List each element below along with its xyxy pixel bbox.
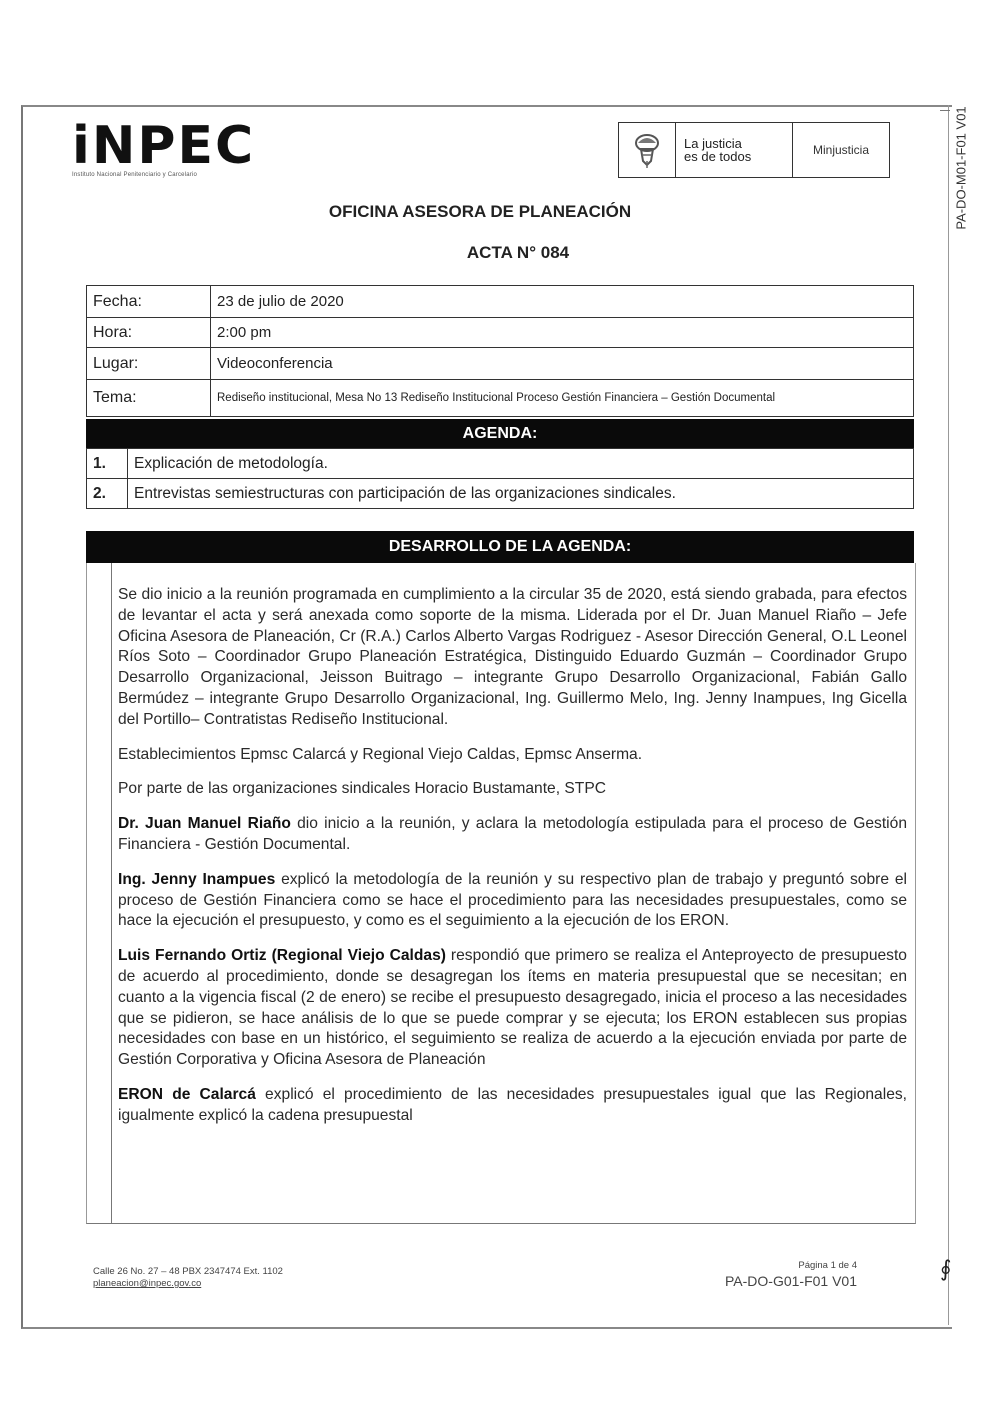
info-value: Rediseño institucional, Mesa No 13 Redis… — [211, 380, 914, 417]
agenda-item-number: 2. — [87, 479, 128, 509]
slogan-line-2: es de todos — [684, 150, 751, 163]
coat-of-arms-icon — [619, 123, 676, 177]
ministry-name: Minjusticia — [793, 123, 889, 177]
side-rule — [948, 105, 949, 1325]
paragraph-body: Establecimientos Epmsc Calarcá y Regiona… — [118, 746, 642, 763]
info-label: Lugar: — [87, 348, 211, 380]
acta-number: ACTA N° 084 — [0, 243, 1000, 263]
paragraph: Por parte de las organizaciones sindical… — [118, 779, 907, 800]
info-value: 2:00 pm — [211, 318, 914, 348]
paragraph: Luis Fernando Ortiz (Regional Viejo Cald… — [118, 946, 907, 1071]
paragraph-speaker: ERON de Calarcá — [118, 1086, 256, 1103]
footer-address: Calle 26 No. 27 – 48 PBX 2347474 Ext. 11… — [93, 1266, 283, 1278]
agenda-item: 1. Explicación de metodología. — [87, 449, 914, 479]
office-title: OFICINA ASESORA DE PLANEACIÓN — [0, 202, 1000, 222]
footer-email-link[interactable]: planeacion@inpec.gov.co — [93, 1278, 283, 1290]
info-row-lugar: Lugar: Videoconferencia — [87, 348, 914, 380]
logo-wordmark: iNPEC — [72, 120, 255, 172]
info-value: Videoconferencia — [211, 348, 914, 380]
footer-contact: Calle 26 No. 27 – 48 PBX 2347474 Ext. 11… — [93, 1266, 283, 1290]
info-row-tema: Tema: Rediseño institucional, Mesa No 13… — [87, 380, 914, 417]
development-heading: DESARROLLO DE LA AGENDA: — [86, 531, 914, 563]
paragraph: ERON de Calarcá explicó el procedimiento… — [118, 1085, 907, 1127]
paragraph-body: Por parte de las organizaciones sindical… — [118, 780, 606, 797]
development-text: Se dio inicio a la reunión programada en… — [118, 585, 907, 1141]
info-label: Tema: — [87, 380, 211, 417]
agenda-item: 2. Entrevistas semiestructuras con parti… — [87, 479, 914, 509]
agenda-heading: AGENDA: — [86, 419, 914, 448]
info-row-hora: Hora: 2:00 pm — [87, 318, 914, 348]
slogan: La justicia es de todos — [676, 123, 793, 177]
footer-document-code: PA-DO-G01-F01 V01 — [725, 1273, 857, 1289]
footer-page-info: Página 1 de 4 PA-DO-G01-F01 V01 — [725, 1260, 857, 1289]
government-branding-box: La justicia es de todos Minjusticia — [618, 122, 890, 178]
paragraph-body: respondió que primero se realiza el Ante… — [118, 947, 907, 1068]
paragraph-body: Se dio inicio a la reunión programada en… — [118, 586, 907, 728]
paragraph: Se dio inicio a la reunión programada en… — [118, 585, 907, 731]
paragraph: Dr. Juan Manuel Riaño dio inicio a la re… — [118, 814, 907, 856]
side-document-code: PA-DO-M01-F01 V01 — [950, 88, 972, 248]
development-margin-rule — [111, 563, 112, 1223]
info-label: Hora: — [87, 318, 211, 348]
info-value: 23 de julio de 2020 — [211, 286, 914, 318]
initial-signature-icon: ∮ — [940, 1256, 951, 1282]
agenda-item-text: Entrevistas semiestructuras con particip… — [128, 479, 914, 509]
info-label: Fecha: — [87, 286, 211, 318]
agenda-table: 1. Explicación de metodología. 2. Entrev… — [86, 448, 914, 509]
paragraph: Ing. Jenny Inampues explicó la metodolog… — [118, 870, 907, 932]
paragraph: Establecimientos Epmsc Calarcá y Regiona… — [118, 745, 907, 766]
agenda-item-number: 1. — [87, 449, 128, 479]
acta-number-text: ACTA N° 084 — [467, 243, 569, 262]
paragraph-speaker: Dr. Juan Manuel Riaño — [118, 815, 291, 832]
meeting-info-table: Fecha: 23 de julio de 2020 Hora: 2:00 pm… — [86, 285, 914, 417]
paragraph-speaker: Luis Fernando Ortiz (Regional Viejo Cald… — [118, 947, 446, 964]
page-number: Página 1 de 4 — [725, 1260, 857, 1271]
office-title-text: OFICINA ASESORA DE PLANEACIÓN — [329, 202, 631, 221]
side-tick — [940, 110, 950, 111]
inpec-logo: iNPEC Instituto Nacional Penitenciario y… — [72, 120, 255, 178]
info-row-fecha: Fecha: 23 de julio de 2020 — [87, 286, 914, 318]
agenda-item-text: Explicación de metodología. — [128, 449, 914, 479]
paragraph-speaker: Ing. Jenny Inampues — [118, 871, 275, 888]
development-heading-text: DESARROLLO DE LA AGENDA: — [389, 538, 631, 556]
